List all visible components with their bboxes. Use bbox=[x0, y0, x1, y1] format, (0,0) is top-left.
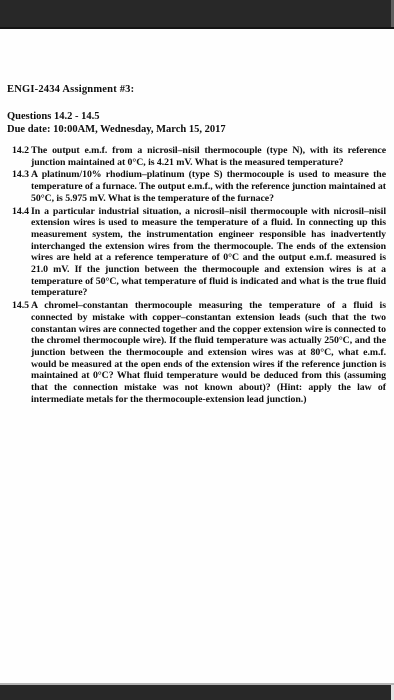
question-list: 14.2The output e.m.f. from a nicrosil–ni… bbox=[12, 145, 386, 406]
question-14-3: 14.3A platinum/10% rhodium–platinum (typ… bbox=[12, 169, 386, 204]
assignment-title: ENGI-2434 Assignment #3: bbox=[7, 84, 134, 95]
question-number: 14.4 bbox=[12, 206, 29, 218]
question-number: 14.2 bbox=[12, 145, 29, 157]
question-text: A chromel–constantan thermocouple measur… bbox=[31, 300, 386, 405]
assignment-meta: Questions 14.2 - 14.5 Due date: 10:00AM,… bbox=[7, 110, 226, 136]
document-page[interactable]: ENGI-2434 Assignment #3: Questions 14.2 … bbox=[0, 29, 394, 683]
question-number: 14.3 bbox=[12, 169, 29, 181]
viewer-screen: ENGI-2434 Assignment #3: Questions 14.2 … bbox=[0, 0, 394, 700]
question-14-5: 14.5A chromel–constantan thermocouple me… bbox=[12, 300, 386, 405]
question-text: A platinum/10% rhodium–platinum (type S)… bbox=[31, 169, 386, 203]
questions-range-line: Questions 14.2 - 14.5 bbox=[7, 110, 226, 123]
question-14-4: 14.4In a particular industrial situation… bbox=[12, 206, 386, 300]
top-letterbox-bar bbox=[0, 0, 394, 29]
question-number: 14.5 bbox=[12, 300, 29, 312]
question-14-2: 14.2The output e.m.f. from a nicrosil–ni… bbox=[12, 145, 386, 168]
question-text: The output e.m.f. from a nicrosil–nisil … bbox=[31, 145, 386, 168]
bottom-letterbox-bar bbox=[0, 683, 394, 700]
due-date-line: Due date: 10:00AM, Wednesday, March 15, … bbox=[7, 123, 226, 136]
question-text: In a particular industrial situation, a … bbox=[31, 206, 386, 299]
